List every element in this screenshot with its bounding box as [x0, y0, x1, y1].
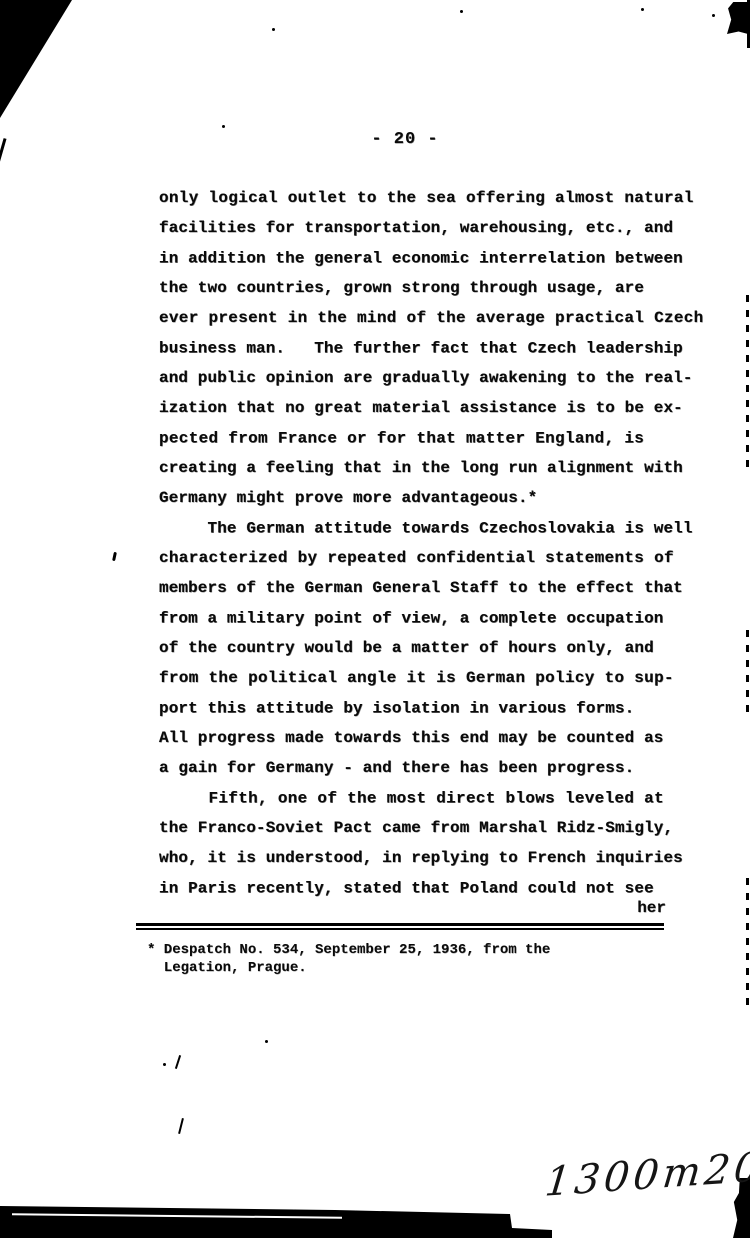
- body-line: the Franco-Soviet Pact came from Marshal…: [159, 813, 719, 843]
- body-line: pected from France or for that matter En…: [159, 424, 719, 454]
- scanned-document-page: - 20 - only logical outlet to the sea of…: [0, 0, 750, 1238]
- scan-artifact-stray-mark: [0, 138, 7, 164]
- scan-artifact-stray-mark: [112, 552, 117, 561]
- body-line: characterized by repeated confidential s…: [159, 543, 719, 573]
- body-line: who, it is understood, in replying to Fr…: [159, 843, 719, 873]
- body-line: ever present in the mind of the average …: [159, 303, 719, 333]
- scan-artifact-right-edge: [746, 630, 749, 715]
- body-line: of the country would be a matter of hour…: [159, 633, 719, 663]
- body-line: from the political angle it is German po…: [159, 663, 719, 693]
- body-line: only logical outlet to the sea offering …: [159, 183, 719, 213]
- scan-artifact-dot: [265, 1040, 268, 1043]
- scan-artifact-dot: [460, 10, 463, 13]
- document-body: only logical outlet to the sea offering …: [159, 183, 719, 903]
- footnote-separator-rule: [136, 923, 664, 932]
- body-line: and public opinion are gradually awakeni…: [159, 363, 719, 393]
- footnote-line: * Despatch No. 534, September 25, 1936, …: [147, 941, 627, 959]
- body-line: a gain for Germany - and there has been …: [159, 753, 719, 783]
- scan-artifact-dot: [641, 8, 644, 11]
- body-line: in addition the general economic interre…: [159, 244, 719, 274]
- catchword: her: [618, 899, 666, 917]
- body-line: facilities for transportation, warehousi…: [159, 213, 719, 243]
- body-line: ization that no great material assistanc…: [159, 393, 719, 423]
- body-line: Germany might prove more advantageous.*: [159, 483, 719, 513]
- body-line-paragraph-start: Fifth, one of the most direct blows leve…: [159, 784, 719, 814]
- footnote-line: Legation, Prague.: [147, 959, 627, 977]
- body-line: the two countries, grown strong through …: [159, 273, 719, 303]
- page-number: - 20 -: [30, 130, 750, 149]
- scan-artifact-stray-mark: [178, 1118, 184, 1134]
- body-line: from a military point of view, a complet…: [159, 604, 719, 634]
- body-line: creating a feeling that in the long run …: [159, 453, 719, 483]
- scan-artifact-right-edge: [746, 295, 749, 470]
- scan-artifact-right-edge: [746, 878, 749, 1008]
- scan-artifact-corner-wedge: [0, 0, 72, 118]
- scan-artifact-dot: [712, 14, 715, 17]
- body-line: business man. The further fact that Czec…: [159, 334, 719, 364]
- body-line: All progress made towards this end may b…: [159, 723, 719, 753]
- body-line-paragraph-start: The German attitude towards Czechoslovak…: [159, 514, 719, 544]
- body-line: members of the German General Staff to t…: [159, 573, 719, 603]
- handwritten-annotation: 1300m20: [543, 1144, 750, 1206]
- scan-artifact-dot: [163, 1063, 166, 1066]
- scan-artifact-dot: [272, 28, 275, 31]
- body-line: port this attitude by isolation in vario…: [159, 694, 719, 724]
- footnote: * Despatch No. 534, September 25, 1936, …: [147, 941, 627, 977]
- scan-artifact-top-right-blob: [727, 2, 748, 34]
- scan-artifact-dot: [222, 125, 225, 128]
- scan-artifact-stray-mark: [175, 1055, 181, 1069]
